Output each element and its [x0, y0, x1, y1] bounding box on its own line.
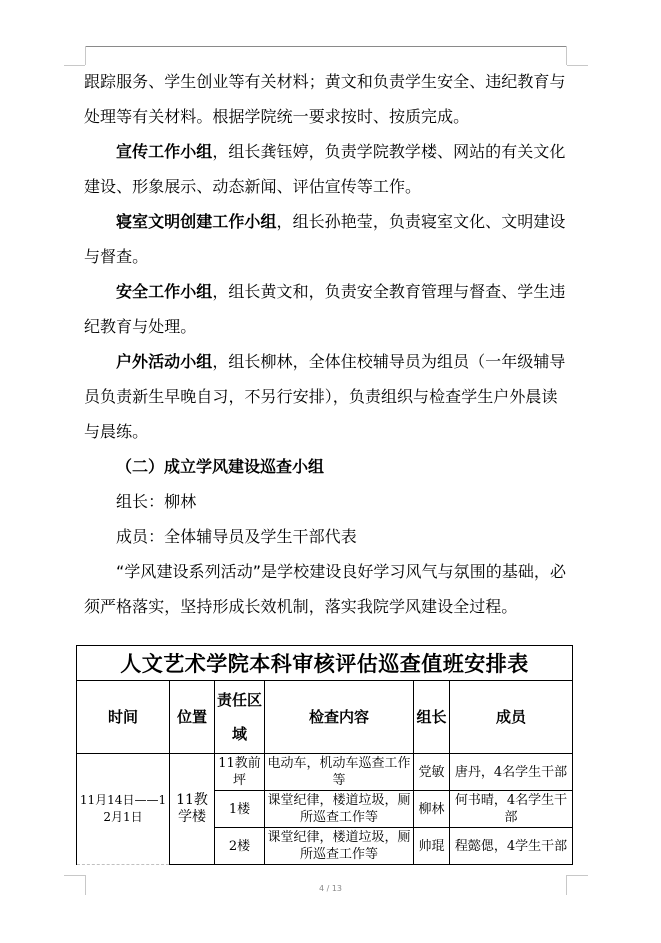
crop-mark-top-left-h	[64, 65, 85, 66]
header-time: 时间	[77, 681, 170, 754]
paragraph-dorm-group: 寝室文明创建工作小组，组长孙艳莹，负责寝室文化、文明建设与督查。	[84, 204, 570, 274]
leader-cell: 党敏	[414, 754, 450, 791]
crop-mark-top-right-v	[566, 46, 567, 65]
header-location: 位置	[170, 681, 215, 754]
members-line: 成员：全体辅导员及学生干部代表	[84, 519, 570, 554]
section-heading: （二）成立学风建设巡查小组	[84, 449, 570, 484]
leader-line: 组长：柳林	[84, 484, 570, 519]
crop-mark-bottom-right-h	[567, 875, 588, 876]
location-cell: 11教学楼	[170, 754, 215, 865]
area-cell: 1楼	[215, 791, 265, 828]
paragraph-safety-group: 安全工作小组，组长黄文和，负责安全教育管理与督查、学生违纪教育与处理。	[84, 274, 570, 344]
group-name: 户外活动小组	[116, 352, 212, 371]
patrol-schedule-table: 人文艺术学院本科审核评估巡查值班安排表 时间 位置 责任区域 检查内容 组长 成…	[76, 645, 573, 865]
crop-mark-bottom-left-h	[64, 875, 85, 876]
members-cell: 程懿偲，4学生干部	[450, 828, 573, 865]
group-name: 宣传工作小组	[116, 142, 212, 161]
header-members: 成员	[450, 681, 573, 754]
leader-cell: 帅琨	[414, 828, 450, 865]
paragraph-outdoor-group: 户外活动小组，组长柳林，全体住校辅导员为组员（一年级辅导员负责新生早晚自习，不另…	[84, 344, 570, 449]
leader-cell: 柳林	[414, 791, 450, 828]
page-indicator: 4 / 13	[0, 884, 661, 893]
header-rule	[85, 46, 567, 47]
crop-mark-top-right-h	[567, 65, 588, 66]
paragraph-publicity-group: 宣传工作小组，组长龚钰婷，负责学院教学楼、网站的有关文化建设、形象展示、动态新闻…	[84, 134, 570, 204]
table-row: 11月14日——12月1日 11教学楼 11教前坪 电动车，机动车巡查工作等 党…	[77, 754, 573, 791]
header-leader: 组长	[414, 681, 450, 754]
members-cell: 何书晴，4名学生干部	[450, 791, 573, 828]
document-body: 跟踪服务、学生创业等有关材料；黄文和负责学生安全、违纪教育与处理等有关材料。根据…	[84, 64, 570, 624]
group-name: 安全工作小组	[116, 282, 212, 301]
content-cell: 电动车，机动车巡查工作等	[265, 754, 414, 791]
content-cell: 课堂纪律，楼道垃圾，厕所巡查工作等	[265, 828, 414, 865]
header-content: 检查内容	[265, 681, 414, 754]
crop-mark-top-left-v	[85, 46, 86, 65]
area-cell: 2楼	[215, 828, 265, 865]
time-cell: 11月14日——12月1日	[77, 754, 170, 865]
area-cell: 11教前坪	[215, 754, 265, 791]
group-name: 寝室文明创建工作小组	[116, 212, 277, 231]
closing-paragraph: “学风建设系列活动”是学校建设良好学习风气与氛围的基础，必须严格落实，坚持形成长…	[84, 554, 570, 624]
table-title: 人文艺术学院本科审核评估巡查值班安排表	[77, 646, 573, 681]
content-cell: 课堂纪律，楼道垃圾，厕所巡查工作等	[265, 791, 414, 828]
members-cell: 唐丹，4名学生干部	[450, 754, 573, 791]
header-area: 责任区域	[215, 681, 265, 754]
paragraph-materials: 跟踪服务、学生创业等有关材料；黄文和负责学生安全、违纪教育与处理等有关材料。根据…	[84, 64, 570, 134]
